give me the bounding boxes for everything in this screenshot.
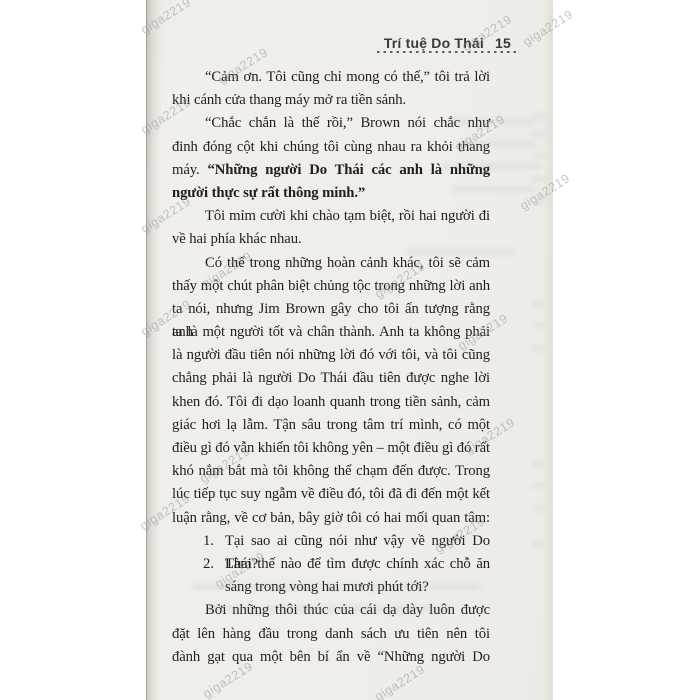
header-page-number: 15 — [495, 35, 511, 51]
page-bleedthrough-smudge — [533, 460, 546, 467]
text-segment: khi cánh cửa thang máy mở ra tiền sảnh. — [172, 92, 406, 108]
text-segment: Làm thế nào để tìm được chính xác chỗ ăn — [225, 556, 490, 572]
text-segment: ta là một người tốt và chân thành. Anh t… — [172, 324, 490, 340]
text-segment: khen đó. Tôi đi dạo loanh quanh trong ti… — [172, 394, 490, 410]
text-line: khi cánh cửa thang máy mở ra tiền sảnh. — [172, 89, 490, 112]
page-bleedthrough-smudge — [441, 162, 541, 170]
text-line: chẳng phải là người Do Thái đầu tiên đượ… — [172, 367, 490, 390]
header-dashed-rule — [377, 51, 517, 53]
page-bleedthrough-smudge — [451, 185, 536, 193]
text-segment: chẳng phải là người Do Thái đầu tiên đượ… — [172, 370, 490, 386]
text-line: giác hơi lạ lẫm. Tận sâu trong tâm trí m… — [172, 414, 490, 437]
page-bleedthrough-smudge — [532, 540, 546, 547]
text-segment: đành gạt qua một bên bí ẩn về “Những ngư… — [172, 649, 490, 665]
page-bleedthrough-smudge — [406, 248, 516, 256]
page-bleedthrough-smudge — [531, 345, 546, 352]
text-segment: “Cảm ơn. Tôi cũng chỉ mong có thế,” tôi … — [205, 69, 490, 85]
page-bleedthrough-smudge — [534, 152, 546, 159]
text-line: đành gạt qua một bên bí ẩn về “Những ngư… — [172, 646, 490, 669]
list-item-number: 1. — [203, 530, 214, 553]
page-left-edge-shadow — [146, 0, 162, 700]
text-segment: là người đầu tiên nói những lời đó với t… — [172, 347, 490, 363]
text-line: điều gì đó vẫn khiến tôi không yên – một… — [172, 437, 490, 460]
text-line: ta là một người tốt và chân thành. Anh t… — [172, 321, 490, 344]
text-segment: đinh đóng cột khi chúng tôi cùng nhau ra… — [172, 139, 490, 155]
text-segment: đặt lên hàng đầu trong danh sách ưu tiên… — [172, 626, 490, 642]
page-bleedthrough-smudge — [534, 505, 546, 512]
text-line: thấy một chút phân biệt chủng tộc trong … — [172, 275, 490, 298]
page-bleedthrough-smudge — [532, 482, 546, 489]
body-text: “Cảm ơn. Tôi cũng chỉ mong có thế,” tôi … — [172, 66, 490, 669]
text-line: người thực sự rất thông minh.” — [172, 182, 490, 205]
page-bleedthrough-smudge — [534, 322, 546, 329]
text-line: ta nói, nhưng Jim Brown gây cho tôi ấn t… — [172, 298, 490, 321]
text-line: 2.Làm thế nào để tìm được chính xác chỗ … — [172, 553, 490, 576]
text-line: 1.Tại sao ai cũng nói như vậy về người D… — [172, 530, 490, 553]
text-line: đặt lên hàng đầu trong danh sách ưu tiên… — [172, 623, 490, 646]
page-bleedthrough-smudge — [446, 118, 536, 126]
text-segment: khó nắm bắt mà tôi không thể chạm đến đư… — [172, 463, 490, 479]
text-line: “Cảm ơn. Tôi cũng chỉ mong có thế,” tôi … — [172, 66, 490, 89]
text-segment: thấy một chút phân biệt chủng tộc trong … — [172, 278, 490, 294]
text-line: đinh đóng cột khi chúng tôi cùng nhau ra… — [172, 136, 490, 159]
text-segment: giác hơi lạ lẫm. Tận sâu trong tâm trí m… — [172, 417, 490, 433]
book-page: Trí tuệ Do Thái15 “Cảm ơn. Tôi cũng chỉ … — [146, 0, 553, 700]
running-header: Trí tuệ Do Thái15 — [146, 35, 511, 51]
page-bleedthrough-smudge — [532, 300, 546, 307]
photo-canvas: Trí tuệ Do Thái15 “Cảm ơn. Tôi cũng chỉ … — [0, 0, 700, 700]
page-bleedthrough-smudge — [456, 140, 536, 148]
bold-text-segment: người thực sự rất thông minh.” — [172, 185, 365, 201]
text-line: Tôi mỉm cười khi chào tạm biệt, rồi hai … — [172, 205, 490, 228]
list-item-number: 2. — [203, 553, 214, 576]
text-line: khen đó. Tôi đi dạo loanh quanh trong ti… — [172, 391, 490, 414]
text-segment: luận rằng, về cơ bản, bây giờ tôi có hai… — [172, 510, 490, 526]
text-segment: máy. — [172, 162, 208, 178]
text-segment: điều gì đó vẫn khiến tôi không yên – một… — [172, 440, 490, 456]
page-bleedthrough-smudge — [535, 198, 546, 205]
page-left-edge-line — [146, 0, 147, 700]
text-segment: Tôi mỉm cười khi chào tạm biệt, rồi hai … — [205, 208, 490, 224]
header-title: Trí tuệ Do Thái — [384, 35, 484, 51]
text-line: là người đầu tiên nói những lời đó với t… — [172, 344, 490, 367]
page-bleedthrough-smudge — [532, 175, 547, 183]
page-bleedthrough-smudge — [191, 583, 481, 591]
text-line: lúc tiếp tục suy ngẫm về điều đó, tôi đã… — [172, 483, 490, 506]
text-segment: về hai phía khác nhau. — [172, 231, 302, 247]
text-line: “Chắc chắn là thế rồi,” Brown nói chắc n… — [172, 112, 490, 135]
text-line: luận rằng, về cơ bản, bây giờ tôi có hai… — [172, 507, 490, 530]
text-segment: lúc tiếp tục suy ngẫm về điều đó, tôi đã… — [172, 486, 490, 502]
text-line: khó nắm bắt mà tôi không thể chạm đến đư… — [172, 460, 490, 483]
text-segment: Có thể trong những hoàn cảnh khác, tôi s… — [205, 255, 490, 271]
page-bleedthrough-smudge — [206, 605, 456, 613]
page-bleedthrough-smudge — [531, 130, 547, 138]
